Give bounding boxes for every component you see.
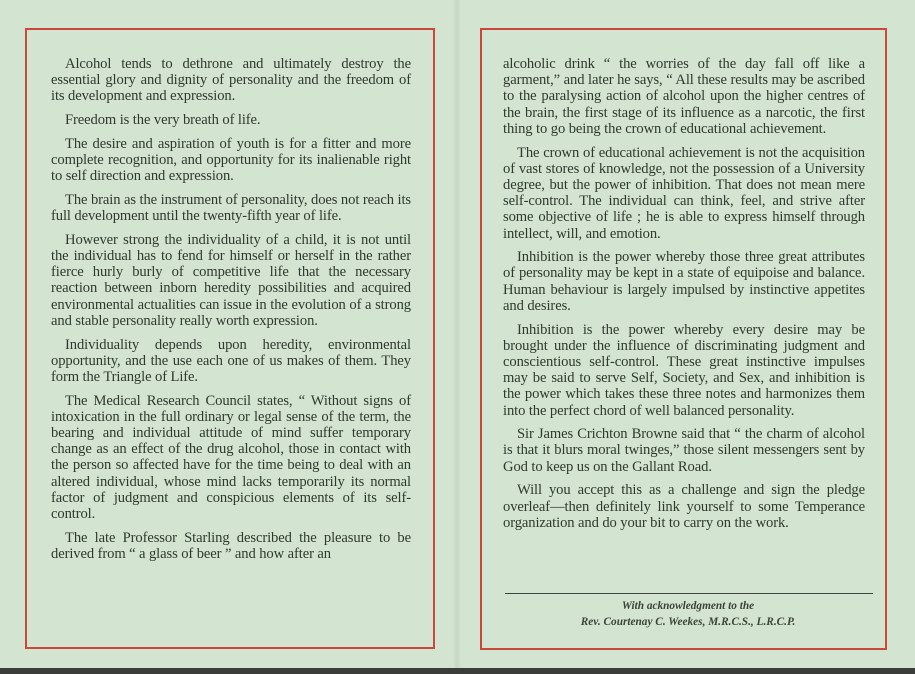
acknowledgment: With acknowledgment to the Rev. Courtena…: [503, 598, 873, 630]
paragraph: The desire and aspiration of youth is fo…: [51, 136, 411, 185]
paragraph: Inhibition is the power whereby every de…: [503, 322, 865, 419]
acknowledgment-line-1: With acknowledgment to the: [503, 598, 873, 614]
divider-rule: [505, 593, 873, 594]
paragraph: Sir James Crichton Browne said that “ th…: [503, 426, 865, 475]
center-fold: [453, 0, 461, 668]
paragraph: Will you accept this as a challenge and …: [503, 482, 865, 531]
paragraph: alcoholic drink “ the worries of the day…: [503, 56, 865, 137]
paragraph: The brain as the instrument of personali…: [51, 192, 411, 224]
right-page-text: alcoholic drink “ the worries of the day…: [503, 56, 865, 538]
paragraph: The Medical Research Council states, “ W…: [51, 393, 411, 523]
left-page-text: Alcohol tends to dethrone and ultimately…: [51, 56, 411, 570]
paragraph: Freedom is the very breath of life.: [51, 112, 411, 128]
paragraph: The crown of educational achievement is …: [503, 145, 865, 242]
paragraph: However strong the individuality of a ch…: [51, 232, 411, 329]
paragraph: Inhibition is the power whereby those th…: [503, 249, 865, 314]
paragraph: Alcohol tends to dethrone and ultimately…: [51, 56, 411, 105]
scan-bottom-edge: [0, 668, 915, 674]
acknowledgment-line-2: Rev. Courtenay C. Weekes, M.R.C.S., L.R.…: [503, 614, 873, 630]
paragraph: Individuality depends upon heredity, env…: [51, 337, 411, 386]
paragraph: The late Professor Starling described th…: [51, 530, 411, 562]
